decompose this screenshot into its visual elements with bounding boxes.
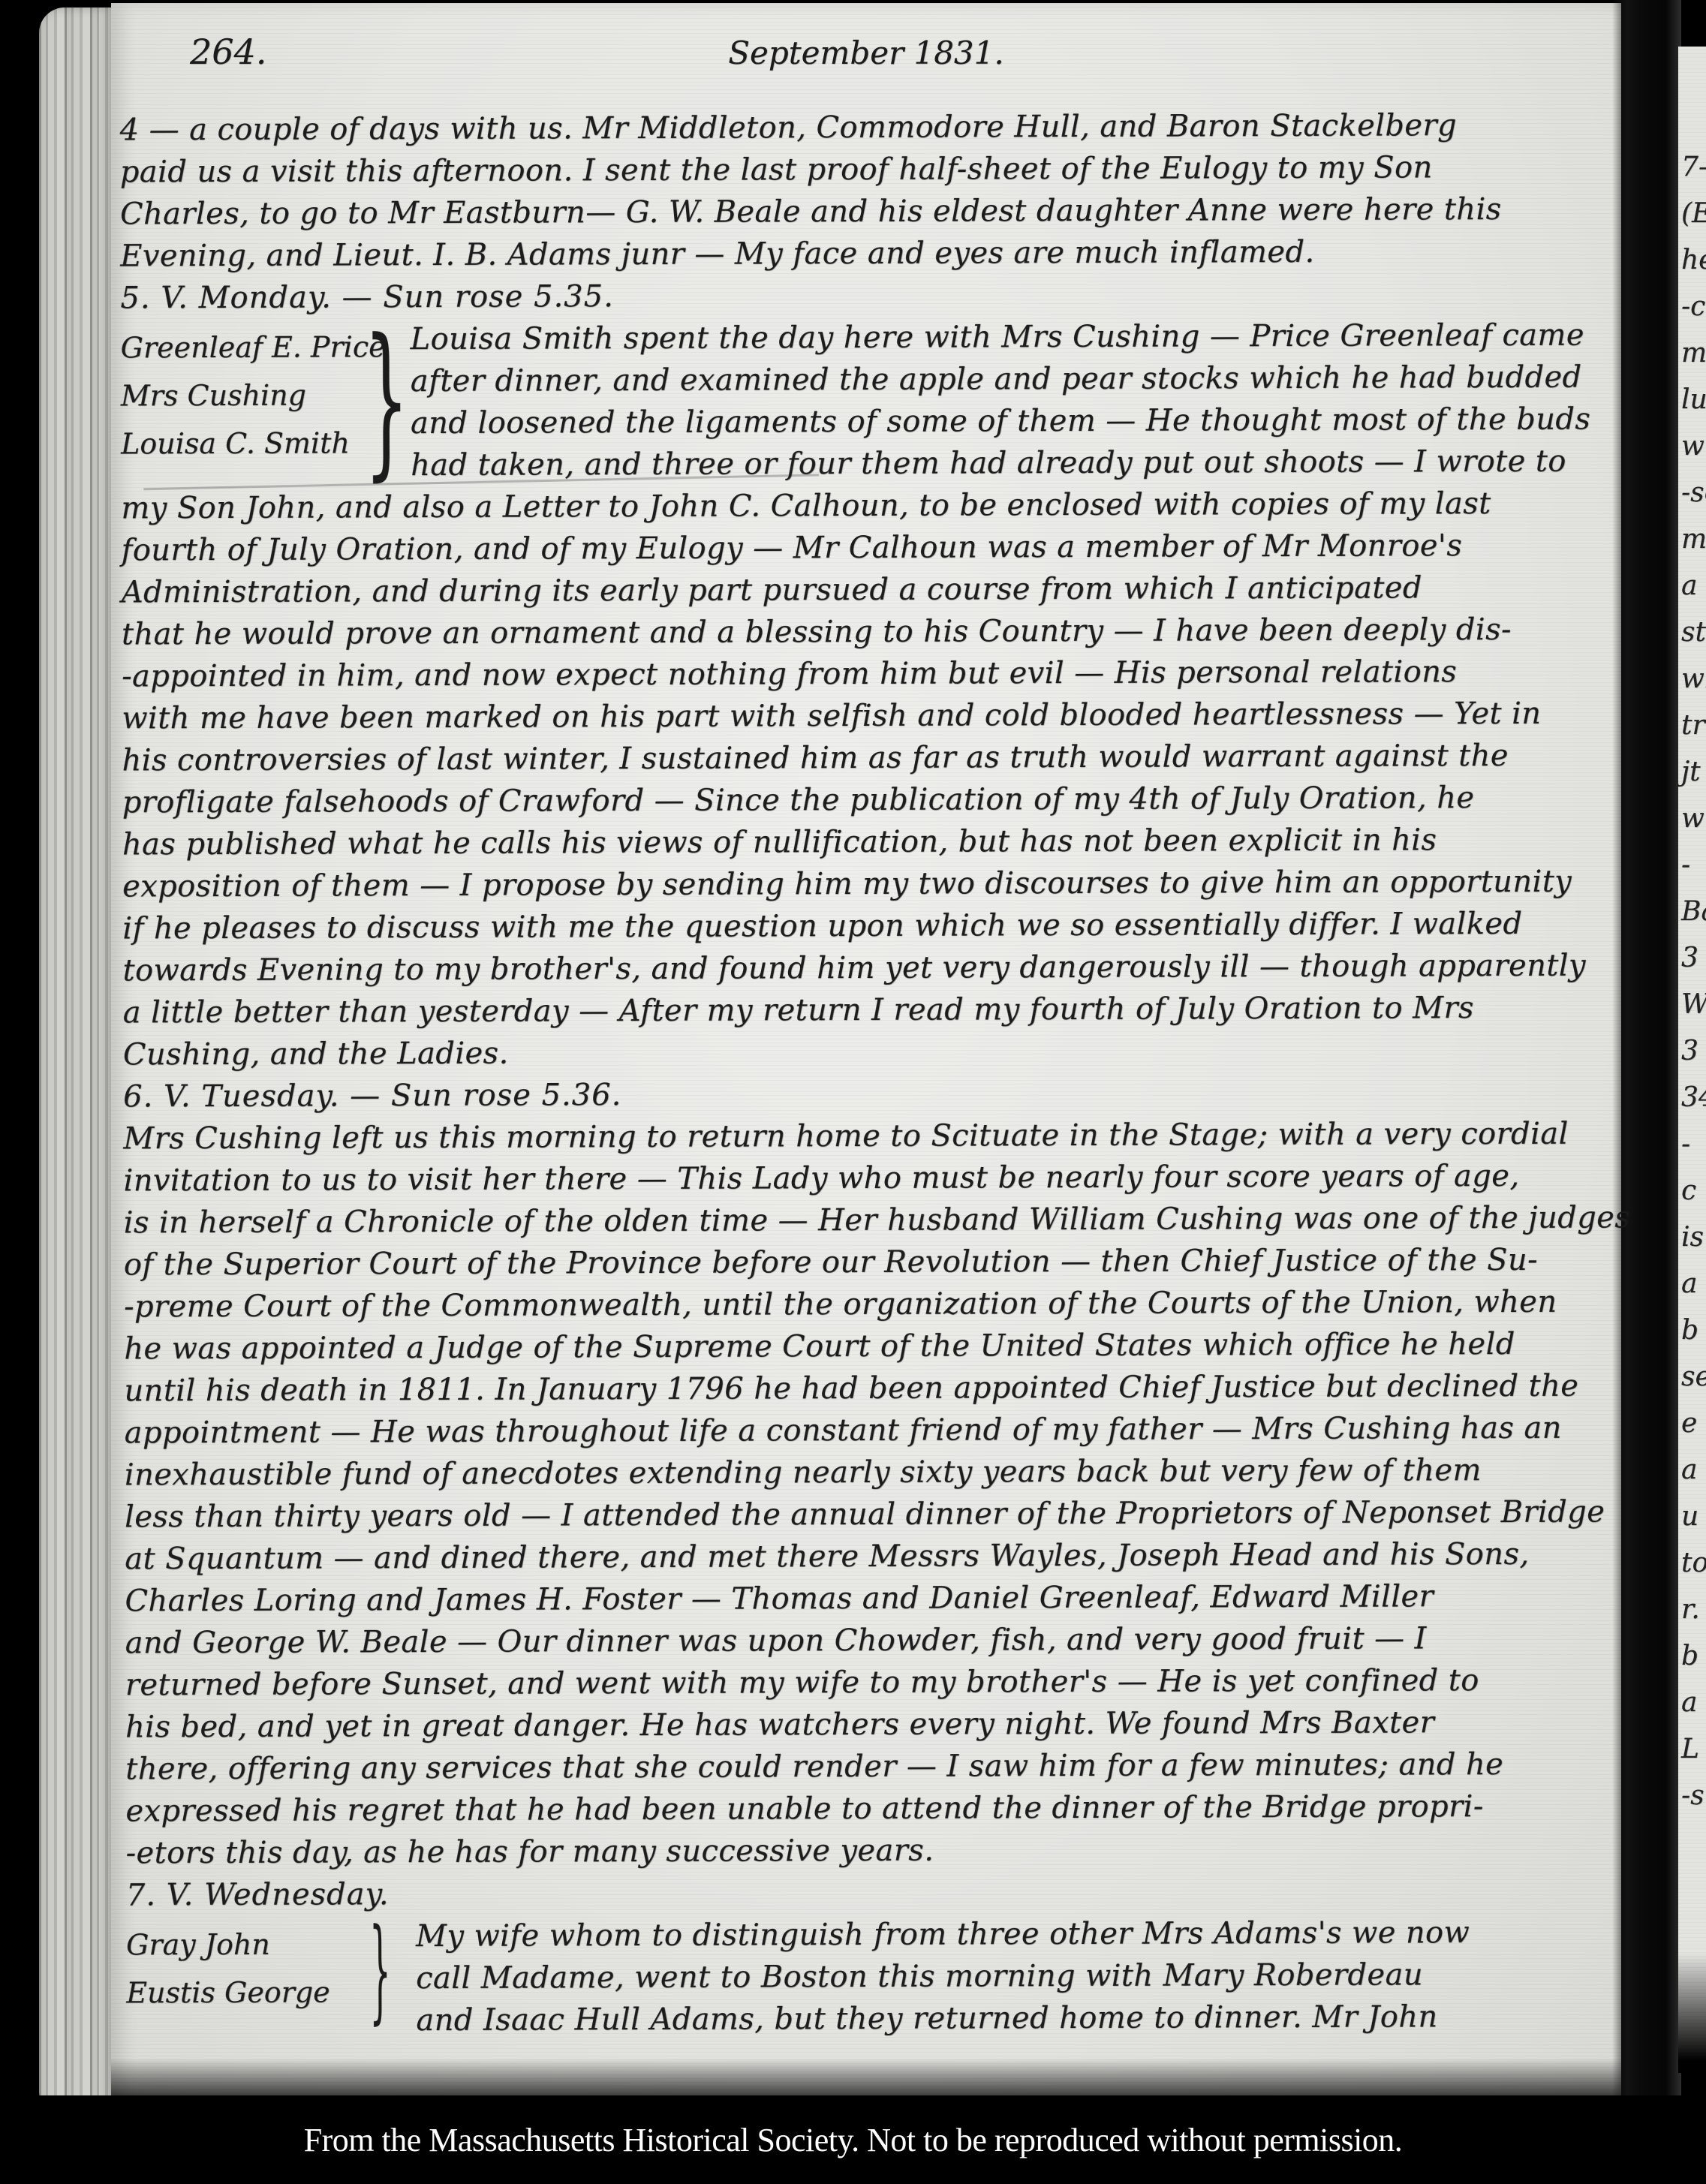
facing-page-text-fragment: a [1678,563,1706,609]
handwriting-line: Evening, and Lieut. I. B. Adams junr — M… [120,230,1611,278]
margin-note-block: Gray JohnEustis GeorgeMy wife whom to di… [126,1912,1617,2043]
indented-lines: My wife whom to distinguish from three o… [416,1912,1617,2042]
manuscript-page: 264. September 1831. 4 — a couple of day… [111,3,1621,2109]
margin-name: Louisa C. Smith [121,419,369,468]
facing-page-text-fragment: - [1678,1121,1706,1168]
facing-page-text-fragment: 34 [1678,1075,1706,1121]
facing-page-text-fragment: 3 [1678,935,1706,982]
facing-page-text-fragment: Ba [1678,889,1706,935]
handwriting-line: Administration, and during its early par… [122,567,1612,614]
facing-page-text-fragment: b [1678,1633,1706,1680]
margin-note-block: Greenleaf E. PriceMrs CushingLouisa C. S… [120,314,1611,488]
page-number: 264. [190,32,266,72]
facing-page-text-fragment: b [1678,1307,1706,1354]
book-page-edges [39,8,114,2109]
handwriting-line: with me have been marked on his part wit… [122,693,1612,740]
handwriting-line: is in herself a Chronicle of the olden t… [124,1197,1614,1244]
handwriting-line: his bed, and yet in great danger. He has… [125,1701,1616,1749]
facing-page-text-fragment: - [1678,842,1706,889]
facing-page-text-fragment: mu [1678,330,1706,377]
handwriting-line: Cushing, and the Ladies. [123,1029,1614,1076]
handwriting-line: expressed his regret that he had been un… [125,1785,1616,1833]
entry-heading: 6. V. Tuesday. — Sun rose 5.36. [123,1071,1614,1118]
facing-page-text-fragment: se [1678,1354,1706,1400]
handwriting-line: returned before Sunset, and went with my… [125,1659,1616,1707]
handwriting-line: he was appointed a Judge of the Supreme … [124,1323,1614,1370]
facing-page-text-fragment: lu [1678,377,1706,423]
facing-page-text-fragment: a [1678,1447,1706,1494]
margin-names: Gray JohnEustis George [126,1915,374,2017]
handwriting-line: Charles Loring and James H. Foster — Tho… [125,1575,1615,1623]
facing-page-text-fragment: is [1678,1214,1706,1261]
facing-page-text-fragment: to [1678,1540,1706,1587]
handwriting-line: -etors this day, as he has for many succ… [126,1828,1617,1875]
handwriting-line: appointment — He was throughout life a c… [125,1407,1615,1454]
facing-page-text-fragment: a [1678,1680,1706,1726]
facing-page-text-fragment: w [1678,796,1706,842]
facing-page-text-fragment: he [1678,237,1706,284]
handwriting-line: until his death in 1811. In January 1796… [124,1365,1614,1412]
margin-name: Gray John [126,1920,374,1969]
handwriting-line: at Squantum — and dined there, and met t… [125,1533,1615,1581]
handwriting-line: my Son John, and also a Letter to John C… [121,483,1611,530]
handwriting-line: and George W. Beale — Our dinner was upo… [125,1617,1616,1665]
facing-page-text-fragment: a [1678,1261,1706,1307]
handwriting-line: Charles, to go to Mr Eastburn— G. W. Bea… [120,188,1611,236]
footer-credit-text: From the Massachusetts Historical Societ… [304,2121,1403,2159]
facing-page-text-fragment: r. [1678,1587,1706,1633]
handwriting-line: call Madame, went to Boston this morning… [416,1954,1617,2000]
facing-page-text-fragment: 7— [1678,144,1706,191]
facing-page-text-fragment: L [1678,1726,1706,1773]
page-header-date: September 1831. [111,35,1621,71]
handwriting-line: My wife whom to distinguish from three o… [416,1912,1617,1958]
facing-page-text-fragment: (Eu [1678,191,1706,237]
handwriting-line: that he would prove an ornament and a bl… [122,609,1612,656]
facing-page-text-fragment: wr [1678,423,1706,470]
handwriting-line: profligate falsehoods of Crawford — Sinc… [122,777,1613,824]
handwriting-line: his controversies of last winter, I sust… [122,735,1612,782]
handwriting-line: exposition of them — I propose by sendin… [122,861,1613,908]
scanned-diary-page: 264. September 1831. 4 — a couple of day… [0,0,1706,2184]
facing-page-text-fragment: e [1678,1400,1706,1447]
handwriting-line: if he pleases to discuss with me the que… [122,903,1613,950]
diary-content: 4 — a couple of days with us. Mr Middlet… [108,104,1625,2042]
indented-lines: Louisa Smith spent the day here with Mrs… [410,314,1611,487]
handwriting-line: paid us a visit this afternoon. I sent t… [120,146,1611,194]
entry-heading: 7. V. Wednesday. [126,1870,1617,1917]
handwriting-line: has published what he calls his views of… [122,819,1613,866]
handwriting-line: 4 — a couple of days with us. Mr Middlet… [120,104,1611,152]
handwriting-line: and Isaac Hull Adams, but they returned … [416,1996,1617,2042]
handwriting-line: there, offering any services that she co… [125,1743,1616,1791]
handwriting-line: a little better than yesterday — After m… [123,987,1614,1034]
handwriting-line: inexhaustible fund of anecdotes extendin… [125,1449,1615,1497]
page-header: 264. September 1831. [111,3,1621,107]
handwriting-line: invitation to us to visit her there — Th… [123,1155,1614,1202]
facing-page-text-fragment: W [1678,982,1706,1028]
facing-page-text-fragment: 3 [1678,1028,1706,1075]
handwriting-line: towards Evening to my brother's, and fou… [122,945,1613,992]
handwriting-line: less than thirty years old — I attended … [125,1491,1615,1539]
handwriting-line: Mrs Cushing left us this morning to retu… [123,1113,1614,1160]
margin-name: Mrs Cushing [121,371,369,420]
facing-page-text-fragment: jt [1678,749,1706,796]
facing-page-text-fragment: c [1678,1168,1706,1214]
facing-page-text-fragment: -s [1678,1773,1706,1819]
facing-page-text-fragment: -so [1678,470,1706,516]
handwriting-line: of the Superior Court of the Province be… [124,1239,1614,1286]
margin-names: Greenleaf E. PriceMrs CushingLouisa C. S… [120,318,369,468]
margin-name: Greenleaf E. Price [121,323,369,372]
facing-page-text-fragment: m [1678,516,1706,563]
facing-page-text-fragment: wh [1678,656,1706,702]
facing-page-text-fragment: tr [1678,702,1706,749]
margin-name: Eustis George [126,1968,374,2017]
facing-page-text-fragment: u [1678,1494,1706,1540]
facing-page-edge: 7—(Euhe-cemuluwr-somastwhtrjtw-Ba3W334-c… [1678,47,1706,2073]
handwriting-line: -appointed in him, and now expect nothin… [122,651,1612,698]
footer-credit-bar: From the Massachusetts Historical Societ… [0,2095,1706,2184]
entry-heading: 5. V. Monday. — Sun rose 5.35. [120,272,1611,320]
book-gutter-shadow [1612,0,1681,2184]
handwriting-line: -preme Court of the Commonwealth, until … [124,1281,1614,1328]
handwriting-line: after dinner, and examined the apple and… [411,356,1611,403]
handwriting-line: fourth of July Oration, and of my Eulogy… [121,525,1611,572]
handwriting-line: and loosened the ligaments of some of th… [411,399,1611,445]
handwriting-line: Louisa Smith spent the day here with Mrs… [410,314,1611,361]
facing-page-text-fragment: -ce [1678,284,1706,330]
facing-page-text-fragment: st [1678,609,1706,656]
